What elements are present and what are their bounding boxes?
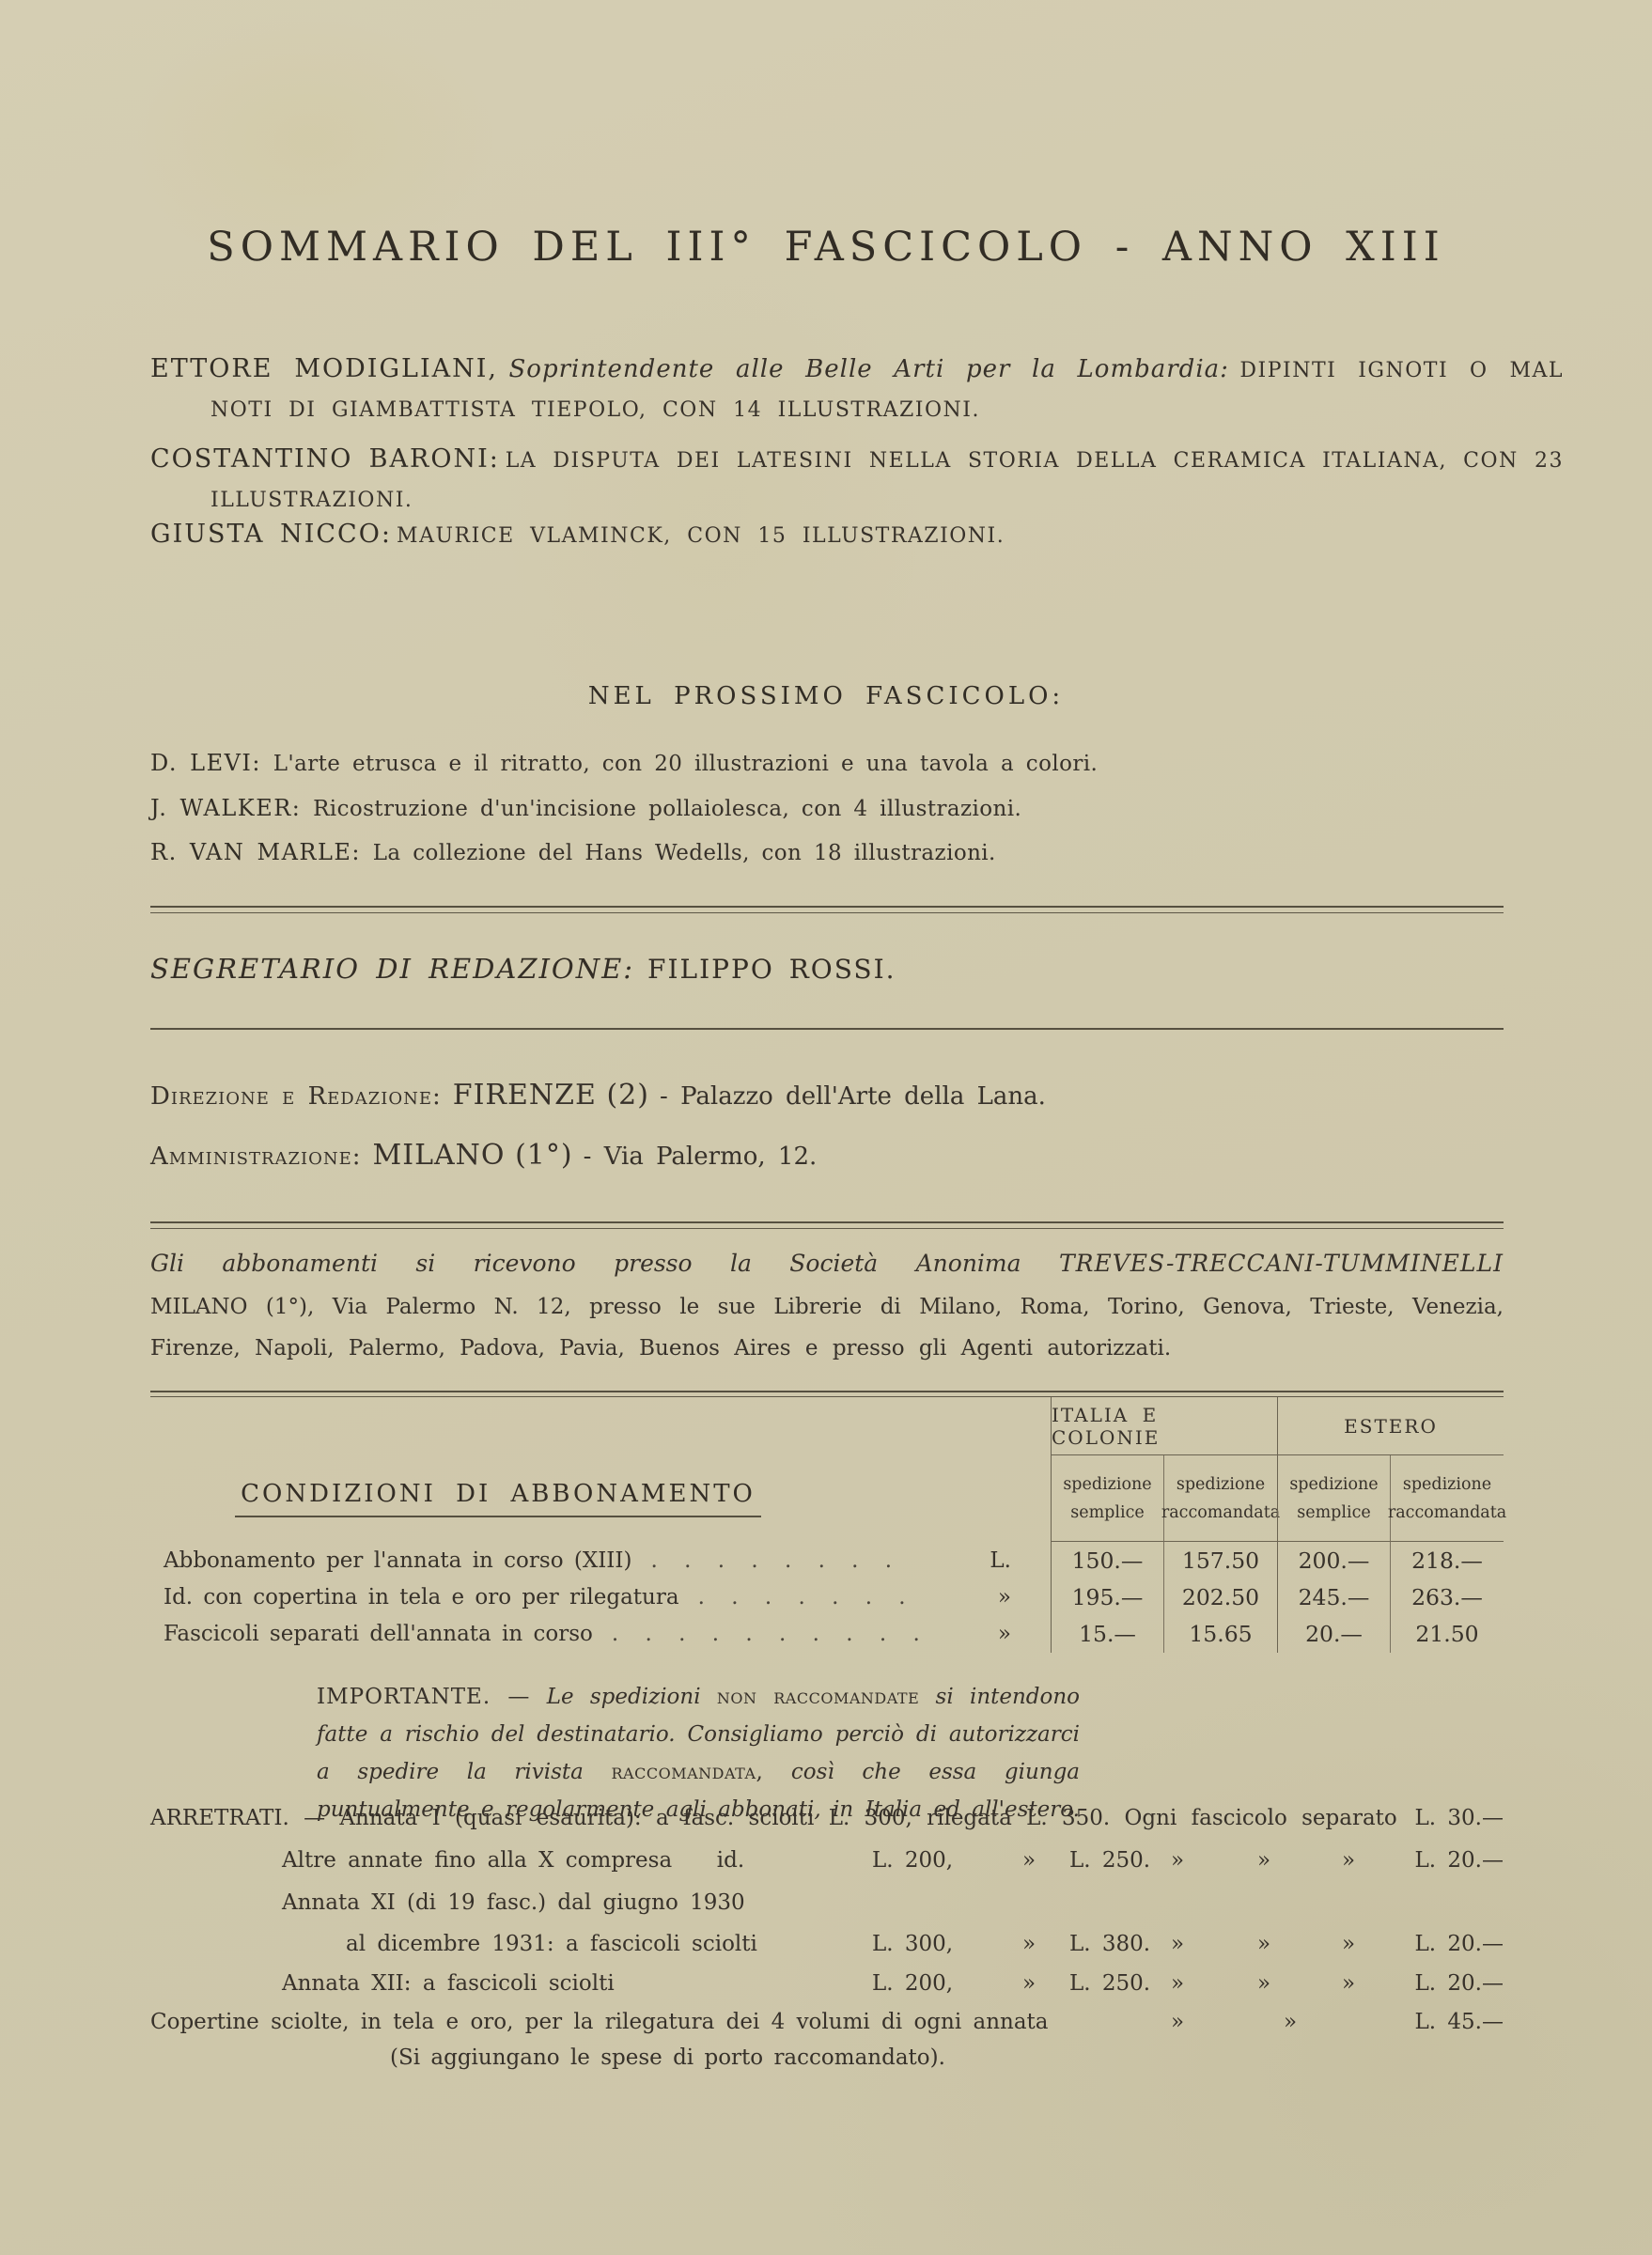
table-title-cell: CONDIZIONI DI ABBONAMENTO xyxy=(150,1397,846,1542)
back-issues-text: Altre annate fino alla X compresa id. xyxy=(282,1848,744,1873)
back-issues-text: Annata XI (di 19 fasc.) dal giugno 1930 xyxy=(282,1890,745,1915)
ditto-mark: » xyxy=(1257,1848,1270,1873)
table-cell: 195.— xyxy=(1051,1579,1163,1615)
ditto-mark: » xyxy=(1342,1971,1355,1996)
amministrazione-line: Amministrazione:MILANO (1°) - Via Palerm… xyxy=(150,1139,1504,1172)
back-issues-price: L. 250. xyxy=(1069,1971,1150,1996)
back-issues-row: Altre annate fino alla X compresa id. L.… xyxy=(150,1848,1504,1888)
next-issue-text: L'arte etrusca e il ritratto, con 20 ill… xyxy=(273,752,1098,776)
article-entry: ETTORE MODIGLIANI, Soprintendente alle B… xyxy=(150,350,1564,430)
currency-unit: » xyxy=(998,1622,1011,1646)
table-grid: CONDIZIONI DI ABBONAMENTO ITALIA E COLON… xyxy=(150,1397,1504,1653)
amministrazione-address: - Via Palermo, 12. xyxy=(584,1143,818,1171)
dot-leader: . . . . . . . . . . xyxy=(612,1622,985,1646)
subscriptions-line-2: MILANO (1°), Via Palermo N. 12, presso l… xyxy=(150,1295,1504,1319)
ditto-mark: » xyxy=(1022,1932,1036,1956)
table-cell: 20.— xyxy=(1277,1615,1390,1653)
importante-text: Le spedizioni xyxy=(547,1685,701,1709)
ditto-mark: » xyxy=(1257,1971,1270,1996)
table-cell: 15.65 xyxy=(1163,1615,1277,1653)
dot-leader: . . . . . . . . xyxy=(650,1548,976,1573)
row-label-text: Id. con copertina in tela e oro per rile… xyxy=(164,1585,679,1610)
ditto-mark: » xyxy=(1022,1971,1036,1996)
currency-unit: » xyxy=(998,1585,1011,1610)
ditto-mark: » xyxy=(1171,1848,1184,1873)
double-rule xyxy=(150,906,1504,913)
subscription-conditions-table: CONDIZIONI DI ABBONAMENTO ITALIA E COLON… xyxy=(150,1391,1504,1653)
table-cell: 218.— xyxy=(1390,1542,1504,1579)
ditto-mark: » xyxy=(1284,2010,1297,2034)
back-issues-price: L. 20.— xyxy=(1415,1971,1504,1996)
ditto-mark: » xyxy=(1171,2010,1184,2034)
back-issues-price: L. 380. xyxy=(1069,1932,1150,1956)
table-row-label: Fascicoli separati dell'annata in corso … xyxy=(150,1615,1051,1653)
table-cell: 150.— xyxy=(1051,1542,1163,1579)
column-header: spedizione semplice xyxy=(1277,1455,1390,1542)
ditto-mark: » xyxy=(1342,1848,1355,1873)
table-cell: 263.— xyxy=(1390,1579,1504,1615)
next-issue-heading: NEL PROSSIMO FASCICOLO: xyxy=(0,682,1652,710)
back-issues-price: L. 30.— xyxy=(1415,1806,1504,1830)
editor-name: FILIPPO ROSSI. xyxy=(647,954,896,985)
back-issues-price: L. 300, xyxy=(872,1932,953,1956)
next-issue-entry: J. WALKER: Ricostruzione d'un'incisione … xyxy=(150,795,1504,821)
ditto-mark: » xyxy=(1342,1932,1355,1956)
ditto-mark: » xyxy=(1022,1848,1036,1873)
direzione-line: Direzione e Redazione:FIRENZE (2) - Pala… xyxy=(150,1079,1504,1112)
next-issue-author: R. VAN MARLE: xyxy=(150,839,361,865)
article-entry: GIUSTA NICCO: MAURICE VLAMINCK, CON 15 I… xyxy=(150,515,1564,556)
table-title: CONDIZIONI DI ABBONAMENTO xyxy=(235,1480,761,1517)
back-issues-price: L. 200, xyxy=(872,1971,953,1996)
editor-line: SEGRETARIO DI REDAZIONE:FILIPPO ROSSI. xyxy=(150,953,1504,985)
table-cell: 200.— xyxy=(1277,1542,1390,1579)
article-author: GIUSTA NICCO: xyxy=(150,520,392,549)
table-row-label: Id. con copertina in tela e oro per rile… xyxy=(150,1579,1051,1615)
back-issues-row: Annata XI (di 19 fasc.) dal giugno 1930 xyxy=(150,1890,1504,1930)
table-cell: 15.— xyxy=(1051,1615,1163,1653)
article-author: ETTORE MODIGLIANI, xyxy=(150,354,498,383)
next-issue-entry: R. VAN MARLE: La collezione del Hans Wed… xyxy=(150,839,1504,865)
back-issues-text: al dicembre 1931: a fascicoli sciolti xyxy=(346,1932,757,1956)
amministrazione-city: MILANO (1°) xyxy=(373,1139,573,1172)
direzione-label: Direzione e Redazione: xyxy=(150,1082,442,1111)
row-label-text: Fascicoli separati dell'annata in corso xyxy=(164,1622,593,1646)
back-issues-text: ARRETRATI. — Annata I (quasi esaurita): … xyxy=(150,1806,1397,1830)
importante-smallcaps: non raccomandate xyxy=(717,1685,919,1709)
column-group-italia: ITALIA E COLONIE xyxy=(1051,1397,1277,1455)
back-issues-price: L. 20.— xyxy=(1415,1848,1504,1873)
article-title: MAURICE VLAMINCK, CON 15 ILLUSTRAZIONI. xyxy=(397,524,1005,548)
back-issues-text: Annata XII: a fascicoli sciolti xyxy=(282,1971,615,1996)
ditto-mark: » xyxy=(1257,1932,1270,1956)
column-header: spedizione semplice xyxy=(1051,1455,1163,1542)
article-entry: COSTANTINO BARONI: LA DISPUTA DEI LATESI… xyxy=(150,440,1564,521)
back-issues-text: Copertine sciolte, in tela e oro, per la… xyxy=(150,2010,1049,2034)
next-issue-author: D. LEVI: xyxy=(150,750,261,776)
back-issues-row: al dicembre 1931: a fascicoli sciolti L.… xyxy=(150,1932,1504,1971)
column-header: spedizione raccomandata xyxy=(1390,1455,1504,1542)
next-issue-entry: D. LEVI: L'arte etrusca e il ritratto, c… xyxy=(150,750,1504,776)
table-cell: 21.50 xyxy=(1390,1615,1504,1653)
subscriptions-line-3: Firenze, Napoli, Palermo, Padova, Pavia,… xyxy=(150,1336,1504,1361)
dot-leader: . . . . . . . xyxy=(698,1585,985,1610)
back-issues-row: ARRETRATI. — Annata I (quasi esaurita): … xyxy=(150,1806,1504,1845)
ditto-mark: » xyxy=(1171,1932,1184,1956)
table-row-label: Abbonamento per l'annata in corso (XIII)… xyxy=(150,1542,1051,1579)
table-cell: 245.— xyxy=(1277,1579,1390,1615)
back-issues-row: Annata XII: a fascicoli sciolti L. 200, … xyxy=(150,1971,1504,2011)
column-group-estero: ESTERO xyxy=(1277,1397,1504,1455)
importante-smallcaps: raccomandata, xyxy=(612,1760,764,1784)
table-top-rule xyxy=(150,1391,1504,1397)
subscriptions-line-1: Gli abbonamenti si ricevono presso la So… xyxy=(150,1250,1504,1277)
back-issues-row: Copertine sciolte, in tela e oro, per la… xyxy=(150,2010,1504,2049)
table-cell: 202.50 xyxy=(1163,1579,1277,1615)
editor-label: SEGRETARIO DI REDAZIONE: xyxy=(150,953,634,985)
scanned-journal-page: SOMMARIO DEL III° FASCICOLO - ANNO XIII … xyxy=(0,0,1652,2255)
back-issues-section: ARRETRATI. — Annata I (quasi esaurita): … xyxy=(150,1806,1504,2097)
article-author: COSTANTINO BARONI: xyxy=(150,444,500,474)
direzione-city: FIRENZE (2) xyxy=(453,1079,649,1112)
column-header: spedizione raccomandata xyxy=(1163,1455,1277,1542)
back-issues-price: L. 45.— xyxy=(1415,2010,1504,2034)
amministrazione-label: Amministrazione: xyxy=(150,1143,362,1171)
publisher-name: TREVES-TRECCANI-TUMMINELLI xyxy=(1059,1250,1504,1277)
back-issues-price: L. 200, xyxy=(872,1848,953,1873)
back-issues-price: L. 250. xyxy=(1069,1848,1150,1873)
double-rule xyxy=(150,1221,1504,1229)
table-cell: 157.50 xyxy=(1163,1542,1277,1579)
single-rule xyxy=(150,1028,1504,1030)
back-issues-price: L. 20.— xyxy=(1415,1932,1504,1956)
next-issue-author: J. WALKER: xyxy=(150,795,301,821)
next-issue-text: Ricostruzione d'un'incisione pollaiolesc… xyxy=(313,797,1021,821)
postage-note: (Si aggiungano le spese di porto raccoma… xyxy=(390,2045,945,2070)
page-title: SOMMARIO DEL III° FASCICOLO - ANNO XIII xyxy=(0,224,1652,271)
back-issues-row: (Si aggiungano le spese di porto raccoma… xyxy=(150,2045,1504,2085)
ditto-mark: » xyxy=(1171,1971,1184,1996)
row-label-text: Abbonamento per l'annata in corso (XIII) xyxy=(164,1548,631,1573)
direzione-address: - Palazzo dell'Arte della Lana. xyxy=(660,1082,1046,1111)
next-issue-text: La collezione del Hans Wedells, con 18 i… xyxy=(373,841,996,865)
currency-unit: L. xyxy=(990,1548,1011,1573)
article-author-role: Soprintendente alle Belle Arti per la Lo… xyxy=(509,355,1229,383)
importante-lead: IMPORTANTE. — xyxy=(317,1685,530,1709)
subscriptions-text: Gli abbonamenti si ricevono presso la So… xyxy=(150,1250,1021,1277)
